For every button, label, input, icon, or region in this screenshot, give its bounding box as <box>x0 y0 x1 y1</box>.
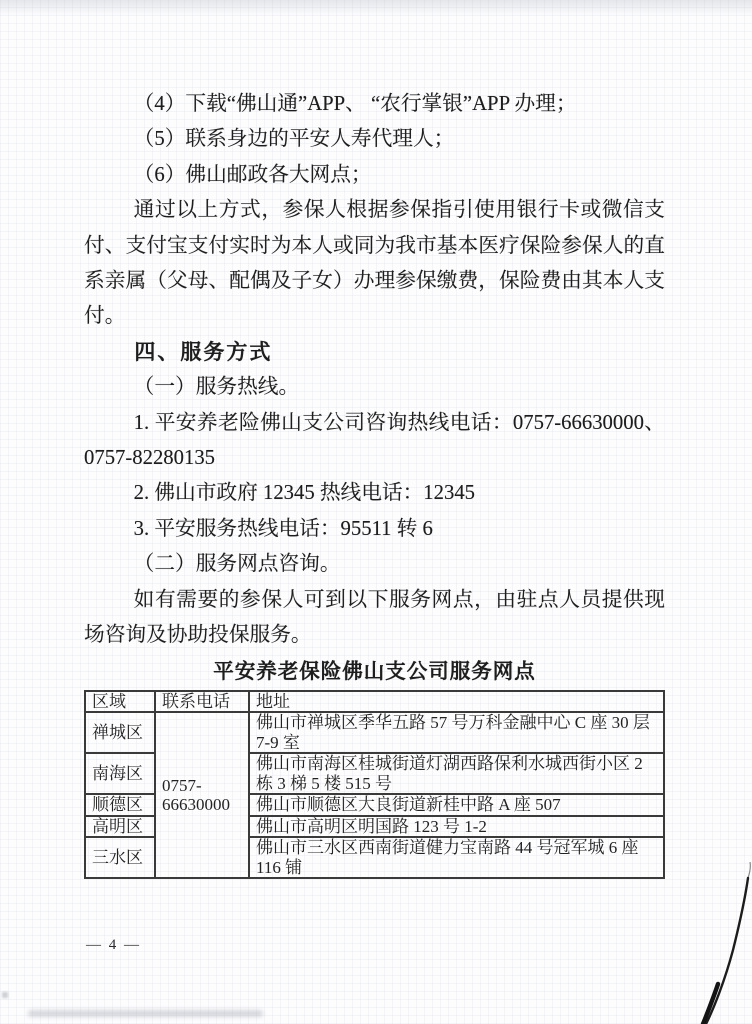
document-page: （4）下载“佛山通”APP、 “农行掌银”APP 办理； （5）联系身边的平安人… <box>0 0 752 1024</box>
list-item-5: （5）联系身边的平安人寿代理人； <box>84 122 665 157</box>
hotline-item-3: 3. 平安服务热线电话：95511 转 6 <box>84 512 665 547</box>
subheading-service-hotline: （一）服务热线。 <box>84 370 665 405</box>
address-cell: 佛山市顺德区大良街道新桂中路 A 座 507 <box>249 794 664 816</box>
page-number: — 4 — <box>86 937 141 954</box>
shared-phone-cell: 0757-66630000 <box>155 712 249 878</box>
region-cell: 三水区 <box>85 837 155 878</box>
table-row-chancheng: 禅城区 0757-66630000 佛山市禅城区季华五路 57 号万科金融中心 … <box>85 712 664 753</box>
column-header-region: 区域 <box>85 691 155 713</box>
region-cell: 南海区 <box>85 753 155 794</box>
address-cell: 佛山市三水区西南街道健力宝南路 44 号冠军城 6 座 116 铺 <box>249 837 664 878</box>
scan-edge-shadow <box>0 0 752 16</box>
region-cell: 高明区 <box>85 816 155 838</box>
table-header-row: 区域 联系电话 地址 <box>85 691 664 713</box>
list-item-4: （4）下载“佛山通”APP、 “农行掌银”APP 办理； <box>84 87 665 122</box>
section-heading-service-methods: 四、服务方式 <box>84 335 665 370</box>
service-network-table: 区域 联系电话 地址 禅城区 0757-66630000 佛山市禅城区季华五路 … <box>84 690 665 880</box>
column-header-phone: 联系电话 <box>155 691 249 713</box>
address-cell: 佛山市高明区明国路 123 号 1-2 <box>249 816 664 838</box>
region-cell: 顺德区 <box>85 794 155 816</box>
scan-artifact-hairline <box>694 862 752 1024</box>
subheading-service-network: （二）服务网点咨询。 <box>84 547 665 582</box>
scan-artifact-dot <box>2 992 8 998</box>
address-cell: 佛山市禅城区季华五路 57 号万科金融中心 C 座 30 层 7-9 室 <box>249 712 664 753</box>
document-content: （4）下载“佛山通”APP、 “农行掌银”APP 办理； （5）联系身边的平安人… <box>84 87 665 879</box>
scan-artifact-smudge <box>28 1010 263 1017</box>
list-item-6: （6）佛山邮政各大网点； <box>84 158 665 193</box>
column-header-address: 地址 <box>249 691 664 713</box>
paragraph-payment-methods: 通过以上方式，参保人根据参保指引使用银行卡或微信支付、支付宝支付实时为本人或同为… <box>84 193 665 335</box>
hotline-item-2: 2. 佛山市政府 12345 热线电话：12345 <box>84 476 665 511</box>
table-title: 平安养老保险佛山支公司服务网点 <box>84 654 665 689</box>
address-cell: 佛山市南海区桂城街道灯湖西路保利水城西街小区 2 栋 3 梯 5 楼 515 号 <box>249 753 664 794</box>
paragraph-network-intro: 如有需要的参保人可到以下服务网点，由驻点人员提供现场咨询及协助投保服务。 <box>84 583 665 654</box>
region-cell: 禅城区 <box>85 712 155 753</box>
hotline-item-1: 1. 平安养老险佛山支公司咨询热线电话：0757-66630000、0757-8… <box>84 406 665 477</box>
